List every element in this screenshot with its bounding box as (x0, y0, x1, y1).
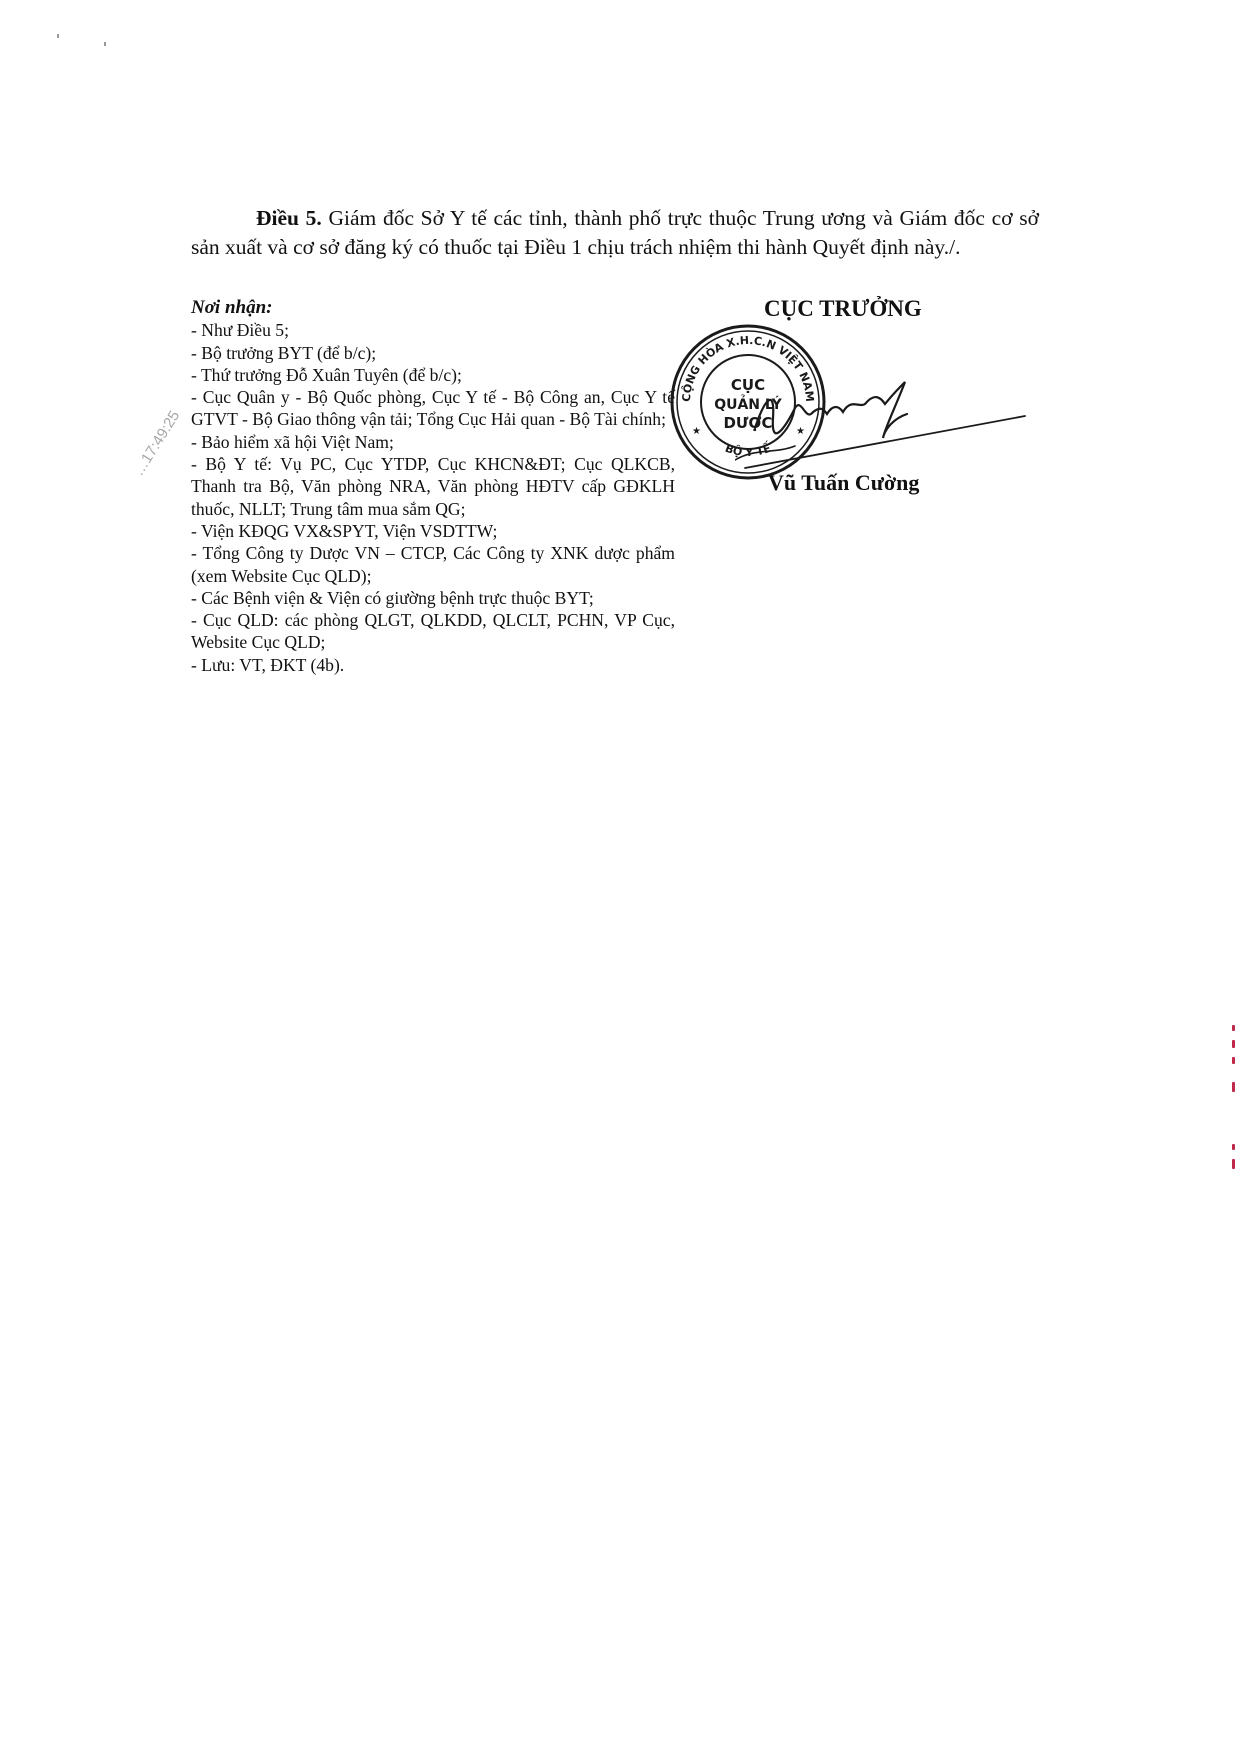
recipient-item: - Bảo hiểm xã hội Việt Nam; (191, 431, 675, 453)
scan-speck (104, 42, 106, 46)
recipient-item: - Cục QLD: các phòng QLGT, QLKDD, QLCLT,… (191, 609, 675, 654)
recipient-item: - Như Điều 5; (191, 319, 675, 341)
signer-name: Vũ Tuấn Cường (768, 470, 919, 496)
recipient-item: - Các Bệnh viện & Viện có giường bệnh tr… (191, 587, 675, 609)
recipient-item: - Cục Quân y - Bộ Quốc phòng, Cục Y tế -… (191, 386, 675, 431)
recipients-heading: Nơi nhận: (191, 297, 675, 319)
signer-title: CỤC TRƯỞNG (764, 296, 922, 322)
recipient-item: - Bộ trưởng BYT (để b/c); (191, 342, 675, 364)
recipient-item: - Thứ trưởng Đỗ Xuân Tuyên (để b/c); (191, 364, 675, 386)
article-label: Điều 5. (256, 206, 322, 230)
recipient-item: - Viện KĐQG VX&SPYT, Viện VSDTTW; (191, 520, 675, 542)
recipients-list: Nơi nhận: - Như Điều 5; - Bộ trưởng BYT … (191, 297, 675, 676)
svg-text:★: ★ (692, 426, 701, 437)
scan-speck (57, 34, 59, 38)
scan-edge-marks (1232, 1025, 1238, 1178)
recipient-item: - Lưu: VT, ĐKT (4b). (191, 654, 675, 676)
article-5-paragraph: Điều 5. Giám đốc Sở Y tế các tỉnh, thành… (191, 204, 1039, 262)
recipient-item: - Bộ Y tế: Vụ PC, Cục YTDP, Cục KHCN&ĐT;… (191, 453, 675, 520)
timestamp-watermark: …17:49:25 (130, 408, 183, 479)
recipient-item: - Tổng Công ty Dược VN – CTCP, Các Công … (191, 542, 675, 587)
handwritten-signature-icon (735, 368, 1035, 478)
